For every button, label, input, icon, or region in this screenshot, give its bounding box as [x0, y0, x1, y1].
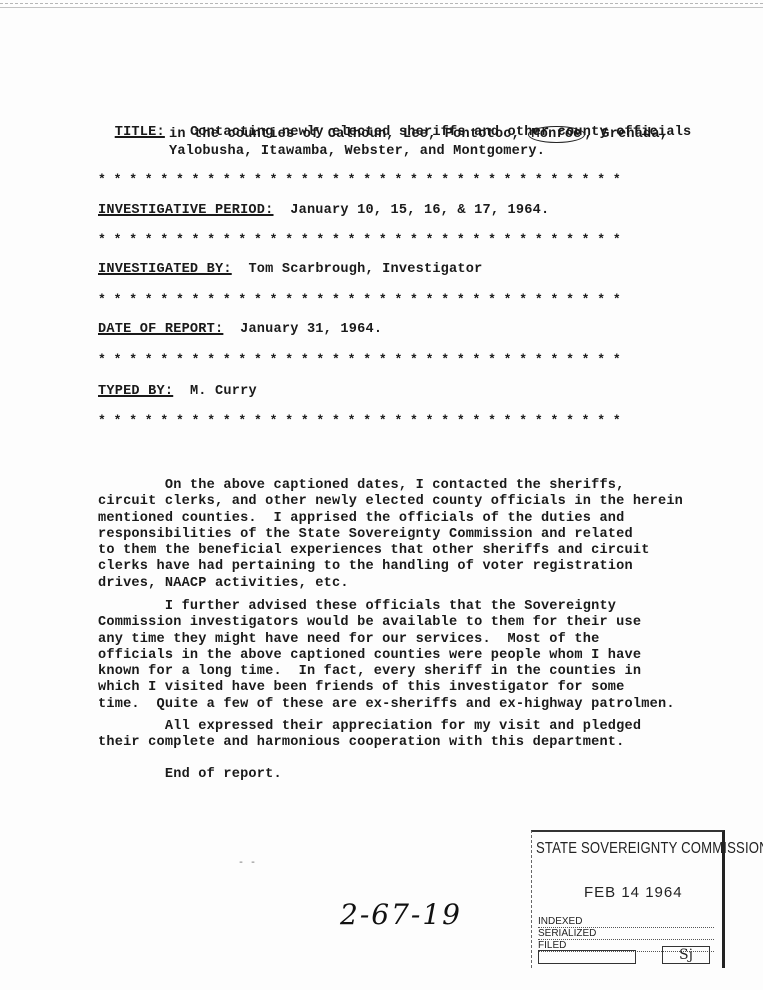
investigated-by-label: INVESTIGATED BY:: [98, 262, 232, 277]
stamp-date: FEB 14 1964: [584, 884, 683, 901]
separator: * * * * * * * * * * * * * * * * * * * * …: [98, 232, 621, 247]
smudge-mark: - -: [238, 858, 256, 869]
stamp-initials: Sj: [662, 946, 710, 964]
investigated-by-value: Tom Scarbrough, Investigator: [248, 262, 482, 277]
title-line-2-end: , Grenada,: [585, 127, 669, 142]
page-top-edge: [0, 3, 763, 8]
end-of-report: End of report.: [98, 767, 282, 783]
handwritten-file-number: 2-67-19: [340, 898, 462, 931]
typed-by-value: M. Curry: [190, 384, 257, 399]
stamp-field-serialized: SERIALIZED: [538, 928, 714, 940]
paragraph-3: All expressed their appreciation for my …: [98, 719, 641, 752]
circled-county: Monroe: [528, 126, 584, 143]
date-of-report-row: DATE OF REPORT: January 31, 1964.: [98, 322, 382, 337]
stamp-field-indexed: INDEXED: [538, 916, 714, 928]
received-stamp: STATE SOVEREIGNTY COMMISSION FEB 14 1964…: [531, 830, 725, 968]
investigative-period-row: INVESTIGATIVE PERIOD: January 10, 15, 16…: [98, 203, 549, 218]
separator: * * * * * * * * * * * * * * * * * * * * …: [98, 352, 621, 367]
typed-by-label: TYPED BY:: [98, 384, 173, 399]
separator: * * * * * * * * * * * * * * * * * * * * …: [98, 292, 621, 307]
investigated-by-row: INVESTIGATED BY: Tom Scarbrough, Investi…: [98, 262, 482, 277]
separator: * * * * * * * * * * * * * * * * * * * * …: [98, 413, 621, 428]
title-line-2: in the counties of Calhoun, Lee, Pontoto…: [169, 127, 528, 142]
date-of-report-value: January 31, 1964.: [240, 322, 382, 337]
stamp-box-empty: [538, 950, 636, 964]
paragraph-2: I further advised these officials that t…: [98, 599, 675, 713]
title-line-2-row: in the counties of Calhoun, Lee, Pontoto…: [169, 127, 668, 142]
date-of-report-label: DATE OF REPORT:: [98, 322, 223, 337]
investigative-period-value: January 10, 15, 16, & 17, 1964.: [290, 203, 549, 218]
stamp-title: STATE SOVEREIGNTY COMMISSION: [536, 840, 763, 858]
typed-by-row: TYPED BY: M. Curry: [98, 384, 257, 399]
separator: * * * * * * * * * * * * * * * * * * * * …: [98, 172, 621, 187]
paragraph-1: On the above captioned dates, I contacte…: [98, 478, 683, 592]
title-label: TITLE:: [115, 125, 165, 140]
investigative-period-label: INVESTIGATIVE PERIOD:: [98, 203, 274, 218]
title-line-3: Yalobusha, Itawamba, Webster, and Montgo…: [169, 144, 545, 159]
